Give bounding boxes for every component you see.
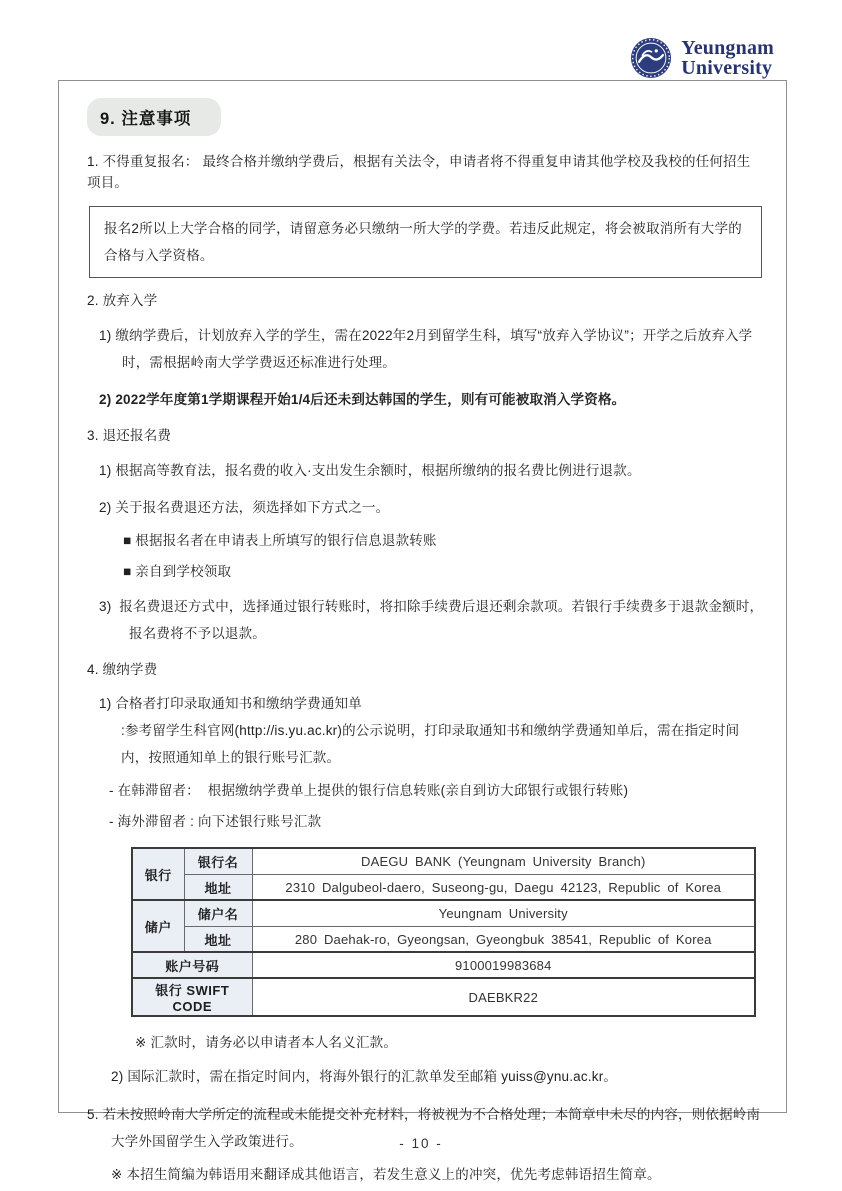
page-number: - 10 - bbox=[0, 1136, 842, 1151]
account-number-value: 9100019983684 bbox=[252, 952, 755, 978]
swift-code-value: DAEBKR22 bbox=[252, 978, 755, 1016]
university-name-line1: Yeungnam bbox=[681, 38, 774, 58]
section-title: 9. 注意事项 bbox=[87, 98, 221, 136]
item4-sub2: 2) 国际汇款时，需在指定时间内，将海外银行的汇款单发至邮箱 yuiss@ynu… bbox=[111, 1067, 764, 1088]
bank-name-value: DAEGU BANK (Yeungnam University Branch) bbox=[252, 848, 755, 874]
table-row: 银行 银行名 DAEGU BANK (Yeungnam University B… bbox=[132, 848, 755, 874]
holder-name-key: 储户名 bbox=[184, 900, 252, 926]
university-name-line2: University bbox=[681, 58, 774, 78]
item2-heading: 2. 放弃入学 bbox=[87, 291, 764, 312]
holder-address-key: 地址 bbox=[184, 926, 252, 952]
holder-address-value: 280 Daehak-ro, Gyeongsan, Gyeongbuk 3854… bbox=[252, 926, 755, 952]
document-page: Yeungnam University 9. 注意事项 1. 不得重复报名： 最… bbox=[0, 0, 842, 1191]
table-row: 地址 2310 Dalgubeol-daero, Suseong-gu, Dae… bbox=[132, 874, 755, 900]
warning-box: 报名2所以上大学合格的同学，请留意务必只缴纳一所大学的学费。若违反此规定，将会被… bbox=[89, 206, 762, 278]
bank-address-value: 2310 Dalgubeol-daero, Suseong-gu, Daegu … bbox=[252, 874, 755, 900]
item4-sub1: 1) 合格者打印录取通知书和缴纳学费通知单 bbox=[99, 690, 764, 717]
content-border-box: 9. 注意事项 1. 不得重复报名： 最终合格并缴纳学费后，根据有关法令，申请者… bbox=[58, 80, 787, 1113]
item4-dash-korea-resident: - 在韩滞留者： 根据缴纳学费单上提供的银行信息转账(亲自到访大邱银行或银行转账… bbox=[109, 781, 764, 802]
holder-name-value: Yeungnam University bbox=[252, 900, 755, 926]
item3-bullet2: ■ 亲自到学校领取 bbox=[123, 562, 764, 583]
table-row: 储户 储户名 Yeungnam University bbox=[132, 900, 755, 926]
table-row: 银行 SWIFT CODE DAEBKR22 bbox=[132, 978, 755, 1016]
final-language-note: ※ 本招生简编为韩语用来翻译成其他语言，若发生意义上的冲突，优先考虑韩语招生简章… bbox=[111, 1165, 764, 1186]
bank-group-label: 银行 bbox=[132, 848, 184, 900]
item3-bullet1: ■ 根据报名者在申请表上所填写的银行信息退款转账 bbox=[123, 531, 764, 552]
item4-sub1-detail: :参考留学生科官网(http://is.yu.ac.kr)的公示说明，打印录取通… bbox=[121, 717, 764, 771]
account-number-key: 账户号码 bbox=[132, 952, 252, 978]
item2-sub2-bold: 2) 2022学年度第1学期课程开始1/4后还未到达韩国的学生，则有可能被取消入… bbox=[99, 386, 764, 413]
university-seal-icon bbox=[630, 37, 672, 79]
remittance-note: ※ 汇款时，请务必以申请者本人名义汇款。 bbox=[135, 1033, 764, 1054]
item3-heading: 3. 退还报名费 bbox=[87, 426, 764, 447]
bank-name-key: 银行名 bbox=[184, 848, 252, 874]
item3-sub3: 3) 报名费退还方式中，选择通过银行转账时，将扣除手续费后退还剩余款项。若银行手… bbox=[99, 593, 764, 647]
table-row: 地址 280 Daehak-ro, Gyeongsan, Gyeongbuk 3… bbox=[132, 926, 755, 952]
swift-code-key: 银行 SWIFT CODE bbox=[132, 978, 252, 1016]
university-name: Yeungnam University bbox=[681, 38, 774, 79]
item1-no-duplicate-application: 1. 不得重复报名： 最终合格并缴纳学费后，根据有关法令，申请者将不得重复申请其… bbox=[87, 152, 764, 194]
university-logo: Yeungnam University bbox=[630, 37, 774, 79]
item3-sub1: 1) 根据高等教育法，报名费的收入·支出发生余额时，根据所缴纳的报名费比例进行退… bbox=[99, 457, 764, 484]
item2-sub1: 1) 缴纳学费后，计划放弃入学的学生，需在2022年2月到留学生科，填写“放弃入… bbox=[99, 322, 764, 376]
table-row: 账户号码 9100019983684 bbox=[132, 952, 755, 978]
item4-dash-overseas-resident: - 海外滞留者 : 向下述银行账号汇款 bbox=[109, 812, 764, 833]
item4-heading: 4. 缴纳学费 bbox=[87, 660, 764, 681]
holder-group-label: 储户 bbox=[132, 900, 184, 952]
bank-account-table: 银行 银行名 DAEGU BANK (Yeungnam University B… bbox=[131, 847, 756, 1017]
item3-sub2: 2) 关于报名费退还方法，须选择如下方式之一。 bbox=[99, 494, 764, 521]
bank-address-key: 地址 bbox=[184, 874, 252, 900]
